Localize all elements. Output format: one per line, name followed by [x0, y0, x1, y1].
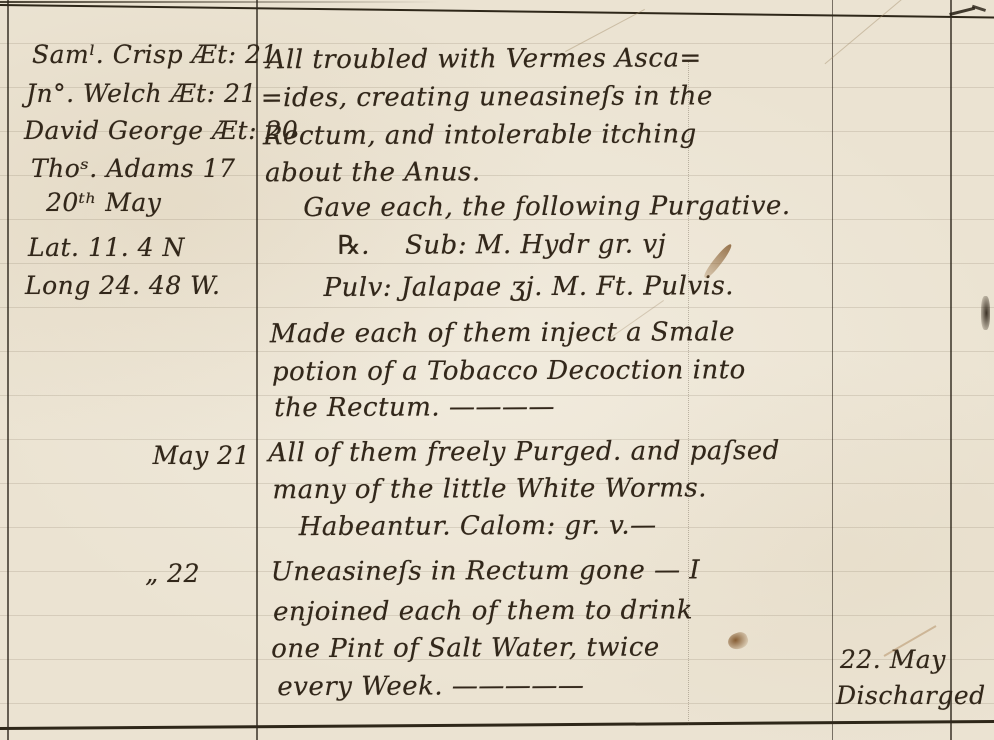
entry-date: May 21: [153, 441, 250, 470]
patient-name: Jn°. Welch Æt: 21: [26, 79, 257, 108]
journal-entry-column: All troubled with Vermes Asca= =ides, cr…: [260, 0, 831, 740]
prescription-line: ℞. Sub: M. Hydr gr. vj: [337, 229, 666, 260]
latitude: Lat. 11. 4 N: [28, 233, 185, 262]
patient-name: David George Æt: 20: [24, 116, 298, 145]
journal-text-line: many of the little White Worms.: [272, 473, 707, 505]
journal-text-line: potion of a Tobacco Decoction into: [272, 355, 746, 387]
journal-text-line: Gave each, the following Purgative.: [303, 191, 791, 223]
discharge-column-rule: [832, 0, 833, 740]
journal-text-line: Uneasineſs in Rectum gone — I: [271, 555, 700, 587]
journal-text-line: Made each of them inject a Smale: [270, 317, 735, 349]
discharge-status: Discharged: [836, 681, 986, 710]
names-column-rule: [256, 0, 258, 740]
journal-text-line: All of them freely Purged. and paſsed: [268, 436, 780, 468]
patient-name: Samˡ. Crisp Æt: 21: [32, 40, 278, 69]
journal-text-line: =ides, creating uneasineſs in the: [261, 81, 713, 113]
discharge-column: 22. May Discharged: [834, 0, 994, 740]
prescription-line: Habeantur. Calom: gr. v.—: [299, 511, 657, 543]
journal-text-line: enjoined each of them to drink: [273, 595, 693, 627]
journal-text-line: All troubled with Vermes Asca=: [267, 43, 702, 75]
patient-name: Thoˢ. Adams 17: [31, 154, 235, 183]
entry-date: „ 22: [145, 559, 200, 588]
journal-text-line: one Pint of Salt Water, twice: [271, 633, 660, 665]
prescription-line: Pulv: Jalapae ʒj. M. Ft. Pulvis.: [324, 271, 735, 303]
names-column: Samˡ. Crisp Æt: 21 Jn°. Welch Æt: 21 Dav…: [18, 0, 256, 740]
observation-date: 20ᵗʰ May: [46, 188, 161, 217]
journal-text-line: every Week. —————: [277, 671, 584, 702]
journal-text-line: about the Anus.: [265, 157, 481, 188]
journal-page: Samˡ. Crisp Æt: 21 Jn°. Welch Æt: 21 Dav…: [0, 0, 994, 740]
left-border-rule: [7, 0, 9, 740]
journal-text-line: the Rectum. ————: [274, 392, 555, 423]
journal-text-line: Rectum, and intolerable itching: [263, 119, 697, 151]
edge-ink-mark: [981, 296, 990, 330]
longitude: Long 24. 48 W.: [25, 271, 220, 300]
